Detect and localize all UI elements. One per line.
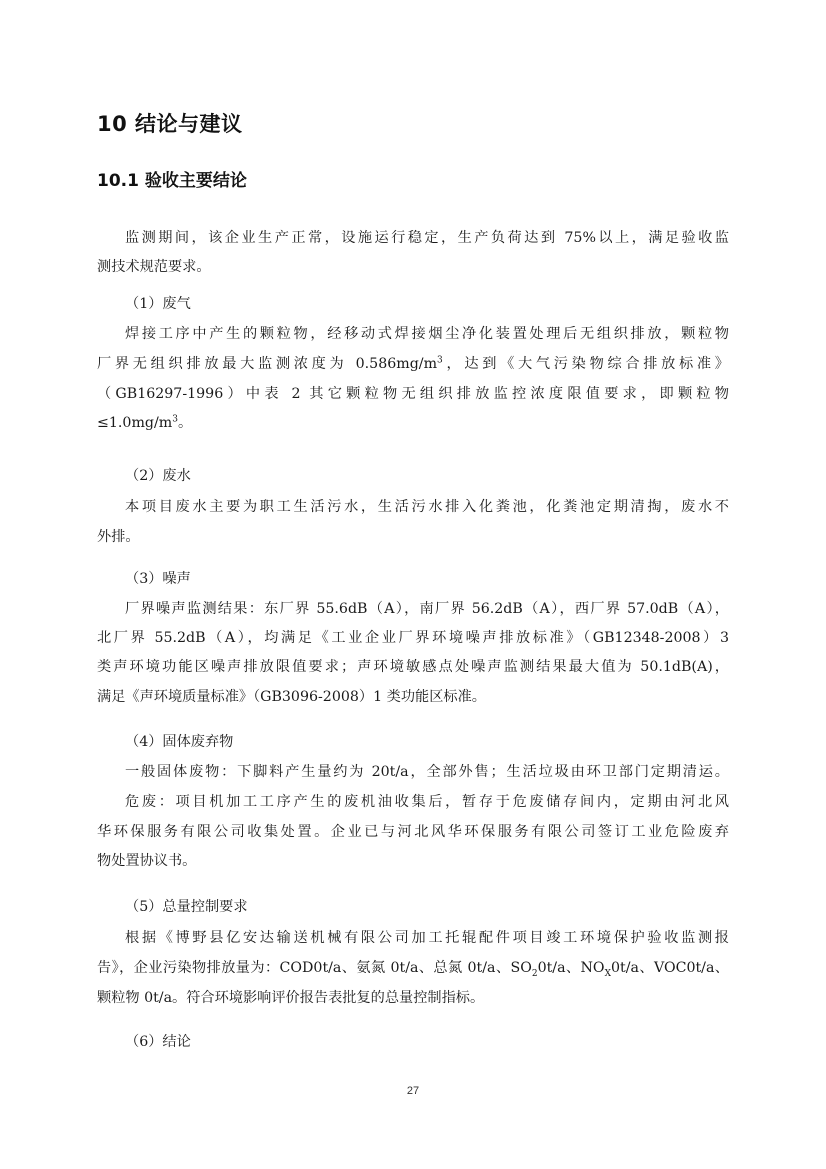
- section-heading: 10.1 验收主要结论: [97, 166, 247, 191]
- subsection-title-noise: （3）噪声: [97, 569, 729, 589]
- paragraph-line: 告》，企业污染物排放量为：COD0t/a、氨氮 0t/a、总氮 0t/a、SO2…: [97, 958, 729, 978]
- subsection-title-waste-gas: （1）废气: [97, 294, 729, 314]
- subsection-title-solid-waste: （4）固体废弃物: [97, 732, 729, 752]
- paragraph-line: 物处置协议书。: [97, 851, 729, 871]
- paragraph-line: 焊接工序中产生的颗粒物，经移动式焊接烟尘净化装置处理后无组织排放，颗粒物: [97, 324, 729, 344]
- page-number: 27: [0, 1085, 826, 1097]
- paragraph-line: ≤1.0mg/m3。: [97, 413, 729, 433]
- text-segment: ≤1.0mg/m: [97, 415, 172, 431]
- text-segment: 。: [178, 415, 192, 431]
- paragraph-line: 测技术规范要求。: [97, 257, 729, 277]
- paragraph-line: 一般固体废物：下脚料产生量约为 20t/a，全部外售；生活垃圾由环卫部门定期清运…: [97, 762, 729, 782]
- paragraph-line: 外排。: [97, 527, 729, 547]
- text-segment: 0t/a、VOC0t/a、: [611, 960, 729, 976]
- paragraph-line: 本项目废水主要为职工生活污水，生活污水排入化粪池，化粪池定期清掏，废水不: [97, 497, 729, 517]
- paragraph-line: （GB16297-1996）中表 2 其它颗粒物无组织排放监控浓度限值要求，即颗…: [97, 384, 729, 404]
- chapter-heading: 10 结论与建议: [97, 108, 243, 138]
- subsection-title-conclusion: （6）结论: [97, 1032, 729, 1052]
- subsection-title-waste-water: （2）废水: [97, 466, 729, 486]
- text-segment: 0t/a、NO: [538, 960, 605, 976]
- paragraph-line: 华环保服务有限公司收集处置。企业已与河北风华环保服务有限公司签订工业危险废弃: [97, 822, 729, 842]
- paragraph-line: 类声环境功能区噪声排放限值要求；声环境敏感点处噪声监测结果最大值为 50.1dB…: [97, 657, 729, 677]
- text-segment: 告》，企业污染物排放量为：COD0t/a、氨氮 0t/a、总氮 0t/a、SO: [97, 960, 532, 976]
- paragraph-line: 根据《博野县亿安达输送机械有限公司加工托辊配件项目竣工环境保护验收监测报: [97, 928, 729, 948]
- paragraph-line: 北厂界 55.2dB（A），均满足《工业企业厂界环境噪声排放标准》（GB1234…: [97, 628, 729, 648]
- subsection-title-total-control: （5）总量控制要求: [97, 897, 729, 917]
- paragraph-line: 厂界噪声监测结果：东厂界 55.6dB（A），南厂界 56.2dB（A），西厂界…: [97, 599, 729, 619]
- paragraph-line: 厂界无组织排放最大监测浓度为 0.586mg/m3，达到《大气污染物综合排放标准…: [97, 354, 729, 374]
- paragraph-line: 危废：项目机加工工序产生的废机油收集后，暂存于危废储存间内，定期由河北风: [97, 792, 729, 812]
- text-segment: ，达到《大气污染物综合排放标准》: [443, 356, 729, 372]
- paragraph-line: 颗粒物 0t/a。符合环境影响评价报告表批复的总量控制指标。: [97, 988, 729, 1008]
- paragraph-line: 监测期间，该企业生产正常，设施运行稳定，生产负荷达到 75%以上，满足验收监: [97, 228, 729, 248]
- text-segment: 厂界无组织排放最大监测浓度为 0.586mg/m: [97, 356, 437, 372]
- paragraph-line: 满足《声环境质量标准》（GB3096-2008）1 类功能区标准。: [97, 687, 729, 707]
